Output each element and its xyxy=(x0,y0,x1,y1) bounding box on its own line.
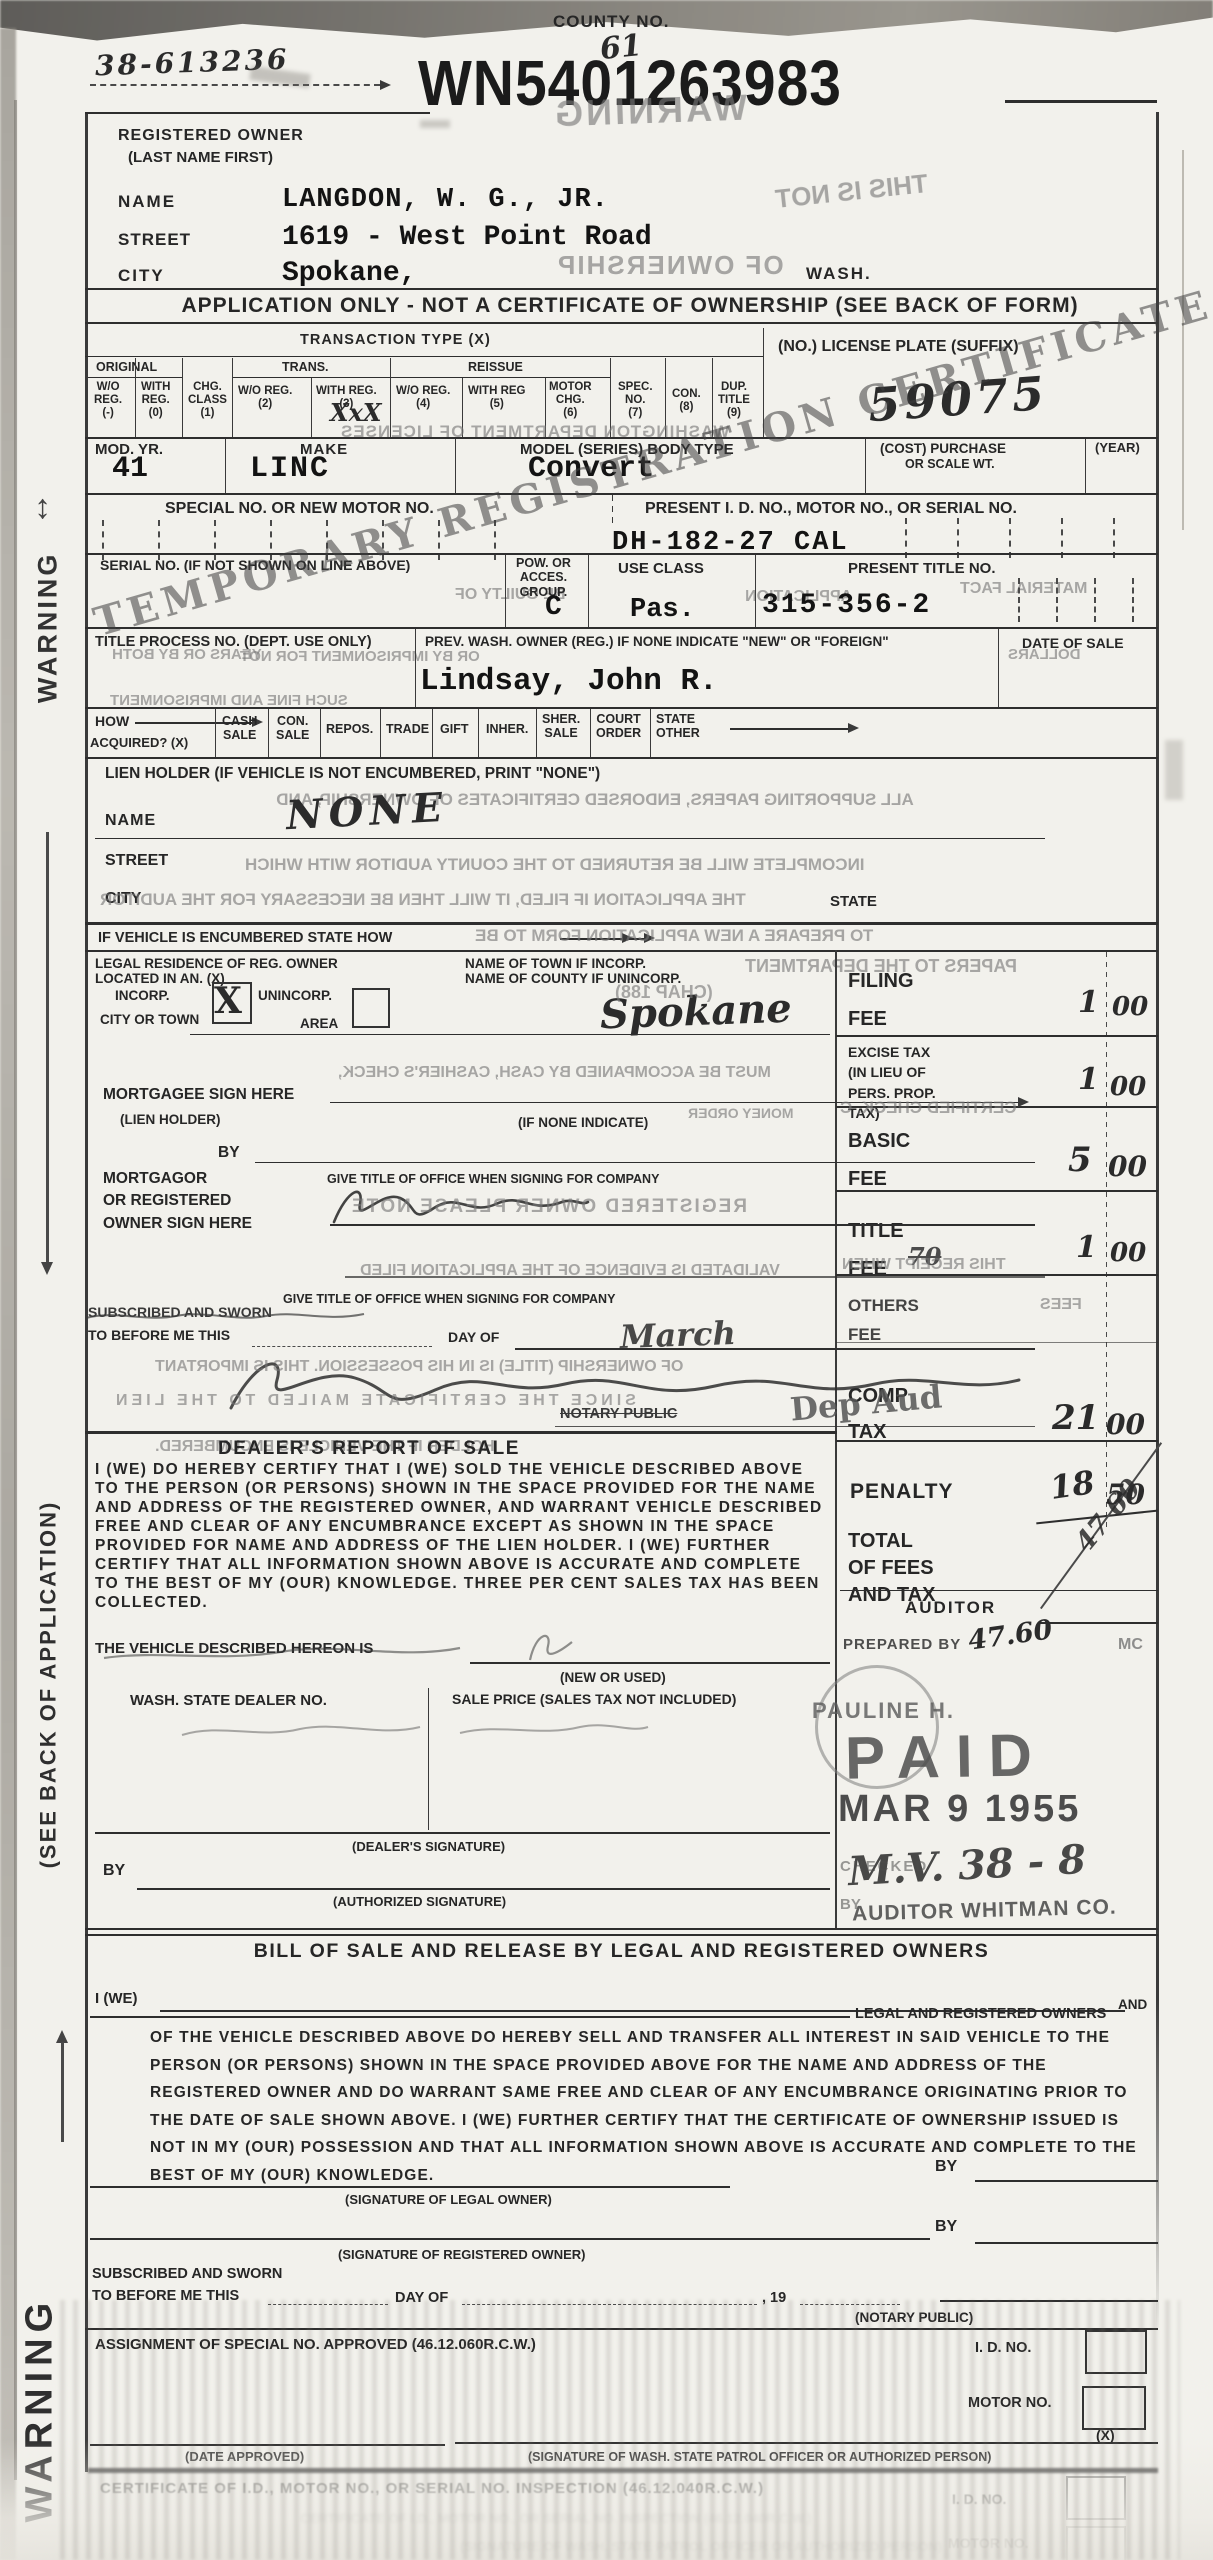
ser-v3 xyxy=(755,555,756,627)
how-cell-con: CON. SALE xyxy=(276,714,309,743)
lien-street-label: STREET xyxy=(105,852,168,870)
banner-top-line xyxy=(85,288,1158,290)
assignment-label: ASSIGNMENT OF SPECIAL NO. APPROVED (46.1… xyxy=(95,2336,536,2353)
how-cell-inher: INHER. xyxy=(486,722,528,736)
city-or-town-label: CITY OR TOWN xyxy=(100,1012,199,1027)
title-no-ticks xyxy=(1018,578,1134,627)
title-dollars: 1 xyxy=(1076,1230,1097,1265)
tx-cell-spec: SPEC. NO. (7) xyxy=(618,381,653,420)
bill-top-line-2 xyxy=(85,1934,1158,1936)
bleed-owner-please-note: REGISTERED OWNER PLEASE NOTE xyxy=(350,1196,747,1218)
id-no2-box xyxy=(1066,2476,1126,2520)
bleed-of-ownership-top: OF OWNERSHIP xyxy=(556,250,784,281)
use-class-value: Pas. xyxy=(630,595,695,625)
new-or-used-label: (NEW OR USED) xyxy=(560,1670,666,1685)
app-number-arrowhead xyxy=(380,80,391,90)
day-blank-line xyxy=(252,1346,432,1347)
patrol-sig-line xyxy=(455,2442,1158,2444)
mortgagor-label: MORTGAGOR OR REGISTERED OWNER SIGN HERE xyxy=(103,1168,252,1235)
pow-value: C xyxy=(545,592,562,623)
tick xyxy=(1094,578,1096,622)
tick xyxy=(905,518,907,558)
present-title-label: PRESENT TITLE NO. xyxy=(848,560,996,577)
tick xyxy=(1056,578,1058,622)
tp-v1 xyxy=(415,629,416,707)
make-value: LINC xyxy=(250,452,330,486)
lien-name-line xyxy=(95,838,1045,839)
auditor-label: AUDITOR xyxy=(905,1598,996,1617)
registered-owner-line xyxy=(90,2238,930,2240)
ghost-certificate-line: CERTIFICATE OF I.D., MOTOR NO., OR SERIA… xyxy=(300,2512,811,2527)
tx-cell-orig-wo: W/O REG. (-) xyxy=(94,381,122,420)
basic-dollars: 5 xyxy=(1068,1140,1092,1180)
fee-line-5 xyxy=(836,1342,1158,1343)
legal-owner-line xyxy=(90,2186,730,2188)
lien-holder-sub: (LIEN HOLDER) xyxy=(120,1112,221,1127)
by2-label: BY xyxy=(935,2218,957,2236)
bleed-money-order: MONEY ORDER xyxy=(688,1105,794,1121)
unincorp-checkbox xyxy=(352,988,390,1028)
motor-no2-box xyxy=(1066,2526,1126,2560)
margin-up-arrow-line xyxy=(61,2042,64,2142)
how-v4 xyxy=(380,709,381,757)
checked-stamp: CHECKED xyxy=(840,1858,928,1875)
assignment-top-line xyxy=(85,2328,1158,2330)
incorp-checkbox-x: X xyxy=(214,980,242,1022)
scanned-form: COUNTY NO. 61 38-613236 WN5401263983 WAR… xyxy=(0,0,1213,2560)
new-used-line xyxy=(470,1662,830,1664)
if-none-indicate: (IF NONE INDICATE) xyxy=(518,1115,648,1130)
prepared-by-label: PREPARED BY xyxy=(843,1636,961,1653)
tx-v1 xyxy=(135,358,136,437)
bleed-certified-check: CERTIFIED CHECK, C xyxy=(840,1098,1017,1118)
tx-cell-trans-wo: W/O REG. (2) xyxy=(238,385,292,411)
filing-fee-dollars: 1 xyxy=(1078,985,1099,1020)
mc-stamp: MC xyxy=(1118,1636,1143,1654)
dealer-signature-label: (DEALER'S SIGNATURE) xyxy=(352,1840,505,1855)
by1-label: BY xyxy=(935,2158,957,2176)
by-label-mortgagor: BY xyxy=(218,1144,240,1162)
authorized-signature-label: (AUTHORIZED SIGNATURE) xyxy=(333,1895,506,1910)
how-cell-state: STATE OTHER xyxy=(656,712,700,741)
mod-yr-value: 41 xyxy=(112,452,148,486)
mortgagee-sign-label: MORTGAGEE SIGN HERE xyxy=(103,1086,294,1104)
dealer-report-body: I (WE) DO HEREBY CERTIFY THAT I (WE) SOL… xyxy=(95,1460,830,1612)
inspection-certificate-label: CERTIFICATE OF I.D., MOTOR NO., OR SERIA… xyxy=(100,2480,764,2497)
tx-group-original: ORIGINAL xyxy=(96,360,157,374)
how-v9 xyxy=(650,709,651,757)
bill-day-blank xyxy=(268,2304,388,2305)
motor-no-label: MOTOR NO. xyxy=(968,2395,1052,2412)
legal-registered-owners-label: LEGAL AND REGISTERED OWNERS xyxy=(855,2006,1106,2023)
fee-line-1 xyxy=(836,1035,1158,1037)
banner-bottom-line xyxy=(85,322,1158,324)
title-cents: 00 xyxy=(1110,1238,1146,1268)
tx-v4 xyxy=(311,378,312,437)
penalty-dollars: 18 xyxy=(1048,1463,1097,1507)
town-underline xyxy=(190,1034,830,1035)
ser-v1 xyxy=(505,555,506,627)
bill-top-line-1 xyxy=(85,1928,1158,1930)
patrol-signature-label: (SIGNATURE OF WASH. STATE PATROL OFFICER… xyxy=(528,2450,991,2464)
penalty-label: PENALTY xyxy=(850,1480,953,1504)
how-cell-trade: TRADE xyxy=(386,722,429,736)
date-received-stamp: MAR 9 1955 xyxy=(838,1788,1081,1831)
tick-row-right xyxy=(905,518,1115,563)
right-crease xyxy=(1182,150,1184,530)
smeared-divider xyxy=(88,2468,1158,2473)
veh-v3 xyxy=(865,439,866,493)
tx-reissue-underline xyxy=(390,377,610,378)
owner-name-value: LANGDON, W. G., JR. xyxy=(282,185,609,215)
lien-row-top xyxy=(85,757,1158,759)
lien-holder-label: LIEN HOLDER (IF VEHICLE IS NOT ENCUMBERE… xyxy=(105,765,600,783)
prev-owner-label: PREV. WASH. OWNER (REG.) IF NONE INDICAT… xyxy=(425,634,889,649)
smudge xyxy=(1165,740,1183,800)
ser-v2 xyxy=(588,555,589,627)
bill-year-blank xyxy=(800,2304,900,2305)
scale-wt-label: OR SCALE WT. xyxy=(905,457,995,471)
subscribed-scribble xyxy=(86,1308,366,1324)
tick xyxy=(1009,518,1011,558)
tx-cell-re-motor: MOTOR CHG. (6) xyxy=(549,381,592,420)
basic-cents: 00 xyxy=(1108,1150,1147,1183)
prepared-by-value: 47.60 xyxy=(966,1614,1054,1656)
how-cell-sher: SHER. SALE xyxy=(542,712,580,741)
owner-box-top-border xyxy=(85,112,430,114)
how-v6 xyxy=(478,709,479,757)
excise-dollars: 1 xyxy=(1078,1062,1099,1097)
comp-cents: 00 xyxy=(1106,1408,1145,1441)
iwe-label: I (WE) xyxy=(95,1990,138,2007)
date-approved-line xyxy=(90,2444,445,2446)
fee-cents-divider xyxy=(1106,952,1107,1532)
bill-nineteen-label: , 19 xyxy=(762,2290,786,2307)
dealer-price-divider xyxy=(428,1688,429,1830)
how-cell-gift: GIFT xyxy=(440,722,468,736)
signature-legal-owner-label: (SIGNATURE OF LEGAL OWNER) xyxy=(345,2193,552,2208)
filing-fee-label: FILING FEE xyxy=(848,962,914,1038)
bill-notary-label: (NOTARY PUBLIC) xyxy=(855,2310,973,2325)
excise-cents: 00 xyxy=(1110,1072,1146,1102)
owner-street-value: 1619 - West Point Road xyxy=(282,222,652,253)
use-class-label: USE CLASS xyxy=(618,560,704,577)
tick xyxy=(957,518,959,558)
owner-name-label: NAME xyxy=(118,192,176,211)
how-cell-cash: CASH SALE xyxy=(222,714,257,743)
area-label: AREA xyxy=(300,1016,338,1031)
bill-of-sale-body: OF THE VEHICLE DESCRIBED ABOVE DO HEREBY… xyxy=(150,2024,1150,2189)
date-of-sale-label: DATE OF SALE xyxy=(1022,636,1124,652)
bleed-warning: WARNING xyxy=(551,87,747,136)
veh-v2 xyxy=(455,439,456,493)
present-title-value: 315-356-2 xyxy=(762,590,931,621)
bill-before-label: TO BEFORE ME THIS xyxy=(92,2288,239,2305)
vehicle-is-scribble xyxy=(100,1622,580,1666)
tick xyxy=(1132,578,1134,622)
lien-state-label: STATE xyxy=(830,893,877,910)
comp-dollars: 21 xyxy=(1052,1398,1099,1438)
id-no-box xyxy=(1085,2330,1147,2374)
bleed-chap: (CHAP 188) xyxy=(615,982,713,1003)
sale-price-label: SALE PRICE (SALES TAX NOT INCLUDED) xyxy=(452,1692,736,1708)
margin-see-back: (SEE BACK OF APPLICATION) xyxy=(35,1363,60,2007)
signature-registered-owner-label: (SIGNATURE OF REGISTERED OWNER) xyxy=(338,2248,585,2263)
dealer-no-scribble xyxy=(180,1715,650,1745)
how-v2 xyxy=(268,709,269,757)
bleed-must-accompany: MUST BE ACCOMPANIED BY CASH, CASHIER'S C… xyxy=(338,1064,771,1082)
tx-group-trans: TRANS. xyxy=(282,360,329,374)
date-approved-label: (DATE APPROVED) xyxy=(185,2450,304,2465)
bleed-imprisonment: OR BY IMPRISONMENT FOR NOT xyxy=(240,648,480,665)
dealer-no-label: WASH. STATE DEALER NO. xyxy=(130,1692,327,1709)
owner-title: REGISTERED OWNER xyxy=(118,127,304,145)
basic-fee-label: BASIC FEE xyxy=(848,1122,910,1198)
tick xyxy=(1061,518,1063,558)
owner-state-value: WASH. xyxy=(806,264,872,283)
how-v1 xyxy=(215,709,216,757)
tx-cell-chg: CHG. CLASS (1) xyxy=(188,381,227,420)
margin-long-arrowhead xyxy=(41,1262,53,1275)
authorized-sig-line xyxy=(137,1888,830,1890)
bleed-incomplete: INCOMPLETE WILL BE RETURNED TO THE COUNT… xyxy=(245,855,865,875)
bleed-this-is-not: THIS IS NOT xyxy=(774,168,930,215)
tx-v3 xyxy=(232,358,233,437)
and-label: AND xyxy=(1118,1997,1147,2012)
owner-street-label: STREET xyxy=(118,230,191,249)
app-number-underline xyxy=(90,84,380,86)
bleed-the-application: THE APPLICATION IF FILED, IT WILL THEN B… xyxy=(100,890,746,910)
margin-warning-top: WARNING xyxy=(33,547,64,707)
unincorp-label: UNINCORP. xyxy=(258,988,332,1003)
dealer-sig-line xyxy=(95,1832,830,1834)
bleed-fees: FEES xyxy=(1040,1296,1082,1314)
by2-line xyxy=(975,2242,1158,2244)
auditor-whitman-stamp: AUDITOR WHITMAN CO. xyxy=(852,1896,1117,1927)
by-label-dealer: BY xyxy=(103,1862,125,1880)
pow-acces-label: POW. OR ACCES. GROUP. xyxy=(516,556,571,599)
dealer-report-title: DEALER'S REPORT OF SALE xyxy=(218,1438,520,1460)
how-acquired-label: ACQUIRED? (X) xyxy=(90,736,188,751)
mortgagee-line-arrowhead xyxy=(1018,1097,1029,1107)
fee-line-6 xyxy=(836,1440,1158,1442)
tx-cell-con: CON. (8) xyxy=(672,388,701,414)
bill-subscribed-label: SUBSCRIBED AND SWORN xyxy=(92,2266,282,2283)
how-v5 xyxy=(432,709,433,757)
present-id-label: PRESENT I. D. NO., MOTOR NO., OR SERIAL … xyxy=(645,500,1017,518)
before-me-label: TO BEFORE ME THIS xyxy=(88,1328,230,1344)
tick xyxy=(1018,578,1020,622)
encumbered-label: IF VEHICLE IS ENCUMBERED STATE HOW xyxy=(98,930,392,947)
owners-line xyxy=(90,2016,850,2018)
owner-sign-line xyxy=(330,1224,1035,1226)
how-v7 xyxy=(536,709,537,757)
validated-strike-line xyxy=(345,1276,1045,1278)
tx-group-reissue: REISSUE xyxy=(468,360,523,374)
county-no-label: COUNTY NO. xyxy=(553,12,669,31)
bleed-since-certificate: SINCE THE CERTIFICATE MAILED TO THE LIEN xyxy=(112,1392,636,1410)
dealer-section-top xyxy=(85,1431,837,1434)
encumbered-top xyxy=(85,922,1158,925)
by1-line xyxy=(975,2180,1158,2182)
give-title-label-2: GIVE TITLE OF OFFICE WHEN SIGNING FOR CO… xyxy=(283,1292,615,1306)
form-left-border xyxy=(85,112,88,2472)
prev-owner-value: Lindsay, John R. xyxy=(420,664,718,699)
veh-v4 xyxy=(1085,439,1086,493)
veh-v1 xyxy=(225,439,226,493)
bill-notary-line xyxy=(940,2300,1158,2302)
filing-fee-cents: 00 xyxy=(1112,992,1148,1022)
bill-month-blank xyxy=(462,2304,757,2305)
how-row-top xyxy=(85,707,1158,709)
id-no-label: I. D. NO. xyxy=(975,2340,1031,2357)
margin-long-arrow-line xyxy=(46,832,49,1262)
auditor-underline xyxy=(1040,1622,1158,1624)
tx-v2 xyxy=(182,358,183,437)
bleed-supporting-papers: ALL SUPPORTING PAPERS, ENDORSED CERTIFIC… xyxy=(125,790,1065,810)
left-edge-line xyxy=(14,100,17,2480)
notary-underline xyxy=(555,1426,1035,1427)
application-only-banner: APPLICATION ONLY - NOT A CERTIFICATE OF … xyxy=(110,294,1150,318)
total-underline xyxy=(840,1590,1158,1591)
id-no2-label: I. D. NO. xyxy=(952,2492,1006,2508)
tx-cell-orig-with: WITH REG. (0) xyxy=(141,381,170,420)
form-right-border xyxy=(1156,112,1159,2332)
total-label: TOTAL OF FEES AND TAX xyxy=(848,1528,935,1609)
tx-title: TRANSACTION TYPE (X) xyxy=(300,332,491,349)
incorp-label: INCORP. xyxy=(115,988,170,1003)
bill-day-of-label: DAY OF xyxy=(395,2290,448,2307)
owner-city-label: CITY xyxy=(118,266,165,285)
how-v3 xyxy=(320,709,321,757)
smudge xyxy=(420,120,450,128)
bleed-this-receipt: THIS RECEIPT WHEN xyxy=(842,1256,1006,1274)
owner-subtitle: (LAST NAME FIRST) xyxy=(128,149,273,166)
margin-warning-bottom: WARNING xyxy=(18,2284,61,2536)
tx-cell-re-with: WITH REG (5) xyxy=(468,385,526,411)
how-cell-repos: REPOS. xyxy=(326,722,373,736)
lien-name-value: NONE xyxy=(285,784,450,839)
bleed-prepare-new: TO PREPARE A NEW APPLICATION FORM TO BE xyxy=(475,926,873,946)
tx-cell-re-wo: W/O REG. (4) xyxy=(396,385,450,411)
title-process-label: TITLE PROCESS NO. (DEPT. USE ONLY) xyxy=(95,634,372,651)
day-of-label: DAY OF xyxy=(448,1330,499,1346)
circle-stamp-name: PAULINE H. xyxy=(812,1698,955,1724)
how-v8 xyxy=(590,709,591,757)
motor-no-box xyxy=(1082,2386,1146,2430)
fee-line-3 xyxy=(836,1190,1158,1192)
paid-stamp: PAID xyxy=(844,1720,1048,1793)
serial-trailing-line xyxy=(1005,100,1157,103)
state-arrow-line xyxy=(730,728,850,730)
bill-of-sale-title: BILL OF SALE AND RELEASE BY LEGAL AND RE… xyxy=(85,1940,1158,1962)
tx-header-underline xyxy=(85,356,763,357)
tick xyxy=(1113,518,1115,558)
margin-updown-arrow: ↕ xyxy=(34,488,51,527)
residence-top xyxy=(85,950,1158,952)
bleed-ownership-title: OF OWNERSHIP (TITLE) IS IN HIS POSSESSIO… xyxy=(155,1358,683,1376)
by-line-mortgagor xyxy=(255,1162,1035,1163)
year-label: (YEAR) xyxy=(1095,441,1140,456)
cost-label: (COST) PURCHASE xyxy=(880,441,1006,456)
how-label: HOW xyxy=(95,714,129,730)
how-cell-court: COURT ORDER xyxy=(596,712,641,741)
motor-no2-label: MOTOR NO. xyxy=(948,2536,1029,2552)
state-arrowhead xyxy=(848,723,859,733)
owner-city-value: Spokane, xyxy=(282,258,416,289)
lien-name-label: NAME xyxy=(105,812,156,830)
ghost-patrol-line: (SIGNATURE OF WASH. STATE PATROL OFFICER… xyxy=(460,2540,942,2555)
tp-v2 xyxy=(998,629,999,707)
